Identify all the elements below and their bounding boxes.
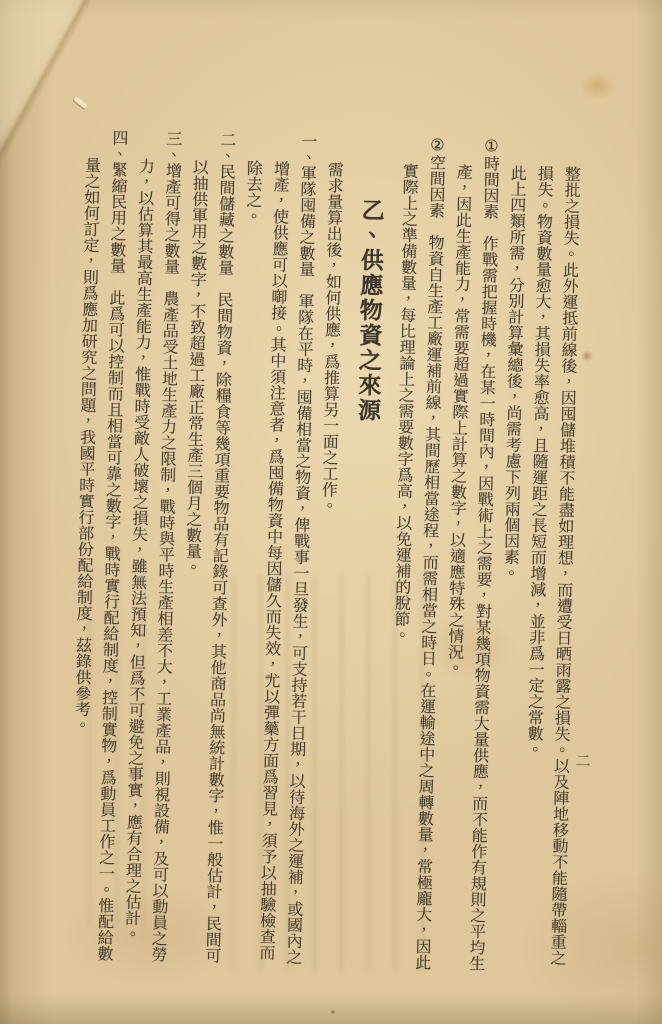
scanned-book-page: 整批之損失。此外運抵前線後，因囤儲堆積不能盡如理想，而遭受日晒雨露之損失。以及陣…	[0, 0, 662, 1024]
page-number: 二	[575, 750, 590, 771]
numbered-item-army-stock: 一、軍隊囤備之數量 軍隊在平時，囤備相當之物資，俾戰事一旦發生，可支持若干日期，…	[226, 132, 322, 969]
printed-text-area: 整批之損失。此外運抵前線後，因囤儲堆積不能盡如理想，而遭受日晒雨露之損失。以及陣…	[59, 129, 586, 974]
paper-nick	[73, 96, 88, 109]
section-heading: 乙、供應物資之來源	[341, 134, 388, 970]
